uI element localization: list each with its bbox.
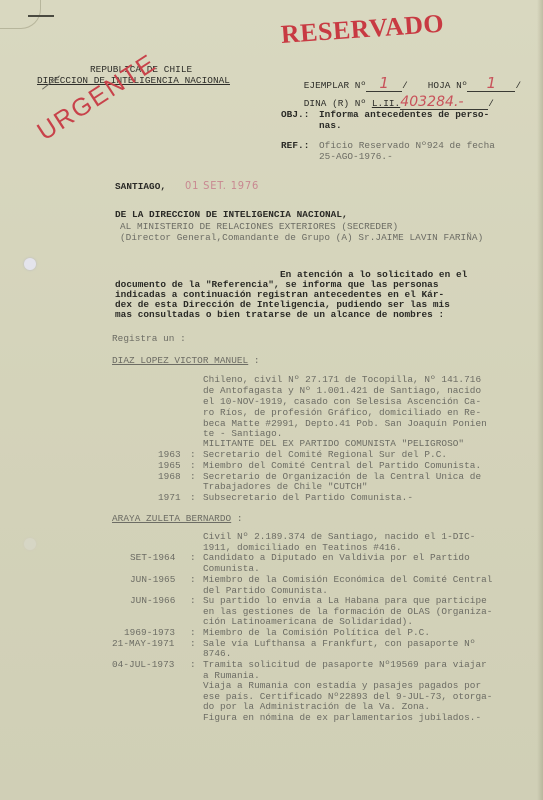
person-2-entry-1-sep: : <box>190 553 196 564</box>
person-2-entry-3-text-1: Su partido lo envía a La Habana para que… <box>203 596 487 607</box>
attention-line: (Director General,Comandante de Grupo (A… <box>120 233 483 244</box>
punch-hole-bottom <box>24 538 36 550</box>
person-2-entry-1-text-1: Candidato a Diputado en Valdivia por el … <box>203 553 470 564</box>
person-2-entry-6-date: 04-JUL-1973 <box>112 660 174 671</box>
dina-prefix: L.II. <box>372 98 400 109</box>
document-page: REPUBLICA DE CHILE DIRECCION DE INTELIGE… <box>0 0 543 800</box>
person-2-entry-3-text-3: ción Latinoamericana de Solidaridad). <box>203 617 413 628</box>
person-1-entry-3-sep: : <box>190 472 196 483</box>
person-1-bio-1: Chileno, civil Nº 27.171 de Tocopilla, N… <box>203 375 481 386</box>
person-2-name: ARAYA ZULETA BERNARDO <box>112 513 231 524</box>
ref-line-1: Oficio Reservado Nº924 de fecha <box>319 141 495 152</box>
person-1-name-row: DIAZ LOPEZ VICTOR MANUEL : <box>112 356 260 367</box>
person-1-entry-4-sep: : <box>190 493 196 504</box>
dina-slash: / <box>488 98 494 109</box>
corner-pencil-mark <box>28 15 54 17</box>
person-2-entry-2-sep: : <box>190 575 196 586</box>
person-2-entry-1-text-2: Comunista. <box>203 564 260 575</box>
obj-label: OBJ.: <box>281 110 309 121</box>
person-1-name-suffix: : <box>248 355 259 366</box>
person-1-entry-2-sep: : <box>190 461 196 472</box>
ref-label: REF.: <box>281 141 309 152</box>
person-2-name-suffix: : <box>231 513 242 524</box>
person-2-entry-4-date: 1969-1973 <box>124 628 175 639</box>
intro-line-5: mas consultadas o bien tratarse de un al… <box>115 310 444 321</box>
person-2-entry-2-text-1: Miembro de la Comisión Económica del Com… <box>203 575 492 586</box>
received-date-stamp: 01 SET. 1976 <box>185 179 259 192</box>
person-2-bio-1: Civil Nº 2.189.374 de Santiago, nacido e… <box>203 532 475 543</box>
person-1-name: DIAZ LOPEZ VICTOR MANUEL <box>112 355 248 366</box>
reservado-stamp: RESERVADO <box>280 9 445 50</box>
person-1-entry-2-text: Miembro del Comité Central del Partido C… <box>203 461 481 472</box>
obj-line-1: Informa antecedentes de perso- <box>319 110 489 121</box>
person-1-bio-3: el 10-NOV-1919, casado con Selesisa Asce… <box>203 397 481 408</box>
person-1-entry-4-date: 1971 <box>158 493 181 504</box>
page-edge-shadow <box>537 0 543 800</box>
person-2-entry-6-text-5: do por la Administración de la Va. Zona. <box>203 702 430 713</box>
person-1-entry-3-date: 1968 <box>158 472 181 483</box>
sender-line: DE LA DIRECCION DE INTELIGENCIA NACIONAL… <box>115 210 348 221</box>
person-2-entry-6-text-3: Viaja a Rumania con estadía y pasajes pa… <box>203 681 481 692</box>
person-1-entry-2-date: 1965 <box>158 461 181 472</box>
registra-line: Registra un : <box>112 334 186 345</box>
person-1-bio-2: de Antofagasta y Nº 1.001.421 de Santiag… <box>203 386 481 397</box>
person-1-entry-1-text: Secretario del Comité Regional Sur del P… <box>203 450 447 461</box>
person-1-entry-1-date: 1963 <box>158 450 181 461</box>
person-2-entry-6-text-1: Tramita solicitud de pasaporte Nº19569 p… <box>203 660 487 671</box>
person-2-entry-5-sep: : <box>190 639 196 650</box>
person-1-entry-3-text-2: Trabajadores de Chile "CUTCH" <box>203 482 368 493</box>
person-2-entry-4-sep: : <box>190 628 196 639</box>
person-2-entry-5-date: 21-MAY-1971 <box>112 639 174 650</box>
person-2-entry-6-text-6: Figura en nómina de ex parlamentarios ju… <box>203 713 481 724</box>
person-2-entry-2-date: JUN-1965 <box>130 575 175 586</box>
person-2-entry-6-sep: : <box>190 660 196 671</box>
person-2-entry-3-sep: : <box>190 596 196 607</box>
person-2-entry-4-text: Miembro de la Comisión Política del P.C. <box>203 628 430 639</box>
person-1-entry-1-sep: : <box>190 450 196 461</box>
person-2-entry-5-text-2: 8746. <box>203 649 231 660</box>
hoja-slash: / <box>515 80 521 91</box>
punch-hole-top <box>24 258 36 270</box>
person-2-entry-3-date: JUN-1966 <box>130 596 175 607</box>
person-2-name-row: ARAYA ZULETA BERNARDO : <box>112 514 243 525</box>
place-city: SANTIAGO, <box>115 182 166 193</box>
person-1-bio-7: MILITANTE DEL EX PARTIDO COMUNISTA "PELI… <box>203 439 464 450</box>
obj-line-2: nas. <box>319 121 342 132</box>
person-1-bio-4: ro Ríos, de profesión Gráfico, domicilia… <box>203 408 481 419</box>
ref-line-2: 25-AGO-1976.- <box>319 152 393 163</box>
person-1-entry-4-text: Subsecretario del Partido Comunista.- <box>203 493 413 504</box>
dina-label: DINA (R) Nº <box>304 98 366 109</box>
dina-number: 403284.- <box>400 94 463 110</box>
person-2-entry-1-date: SET-1964 <box>130 553 175 564</box>
person-2-entry-5-text-1: Sale vía Lufthansa a Frankfurt, con pasa… <box>203 639 475 650</box>
recipient-line: AL MINISTERIO DE RELACIONES EXTERIORES (… <box>120 222 398 233</box>
